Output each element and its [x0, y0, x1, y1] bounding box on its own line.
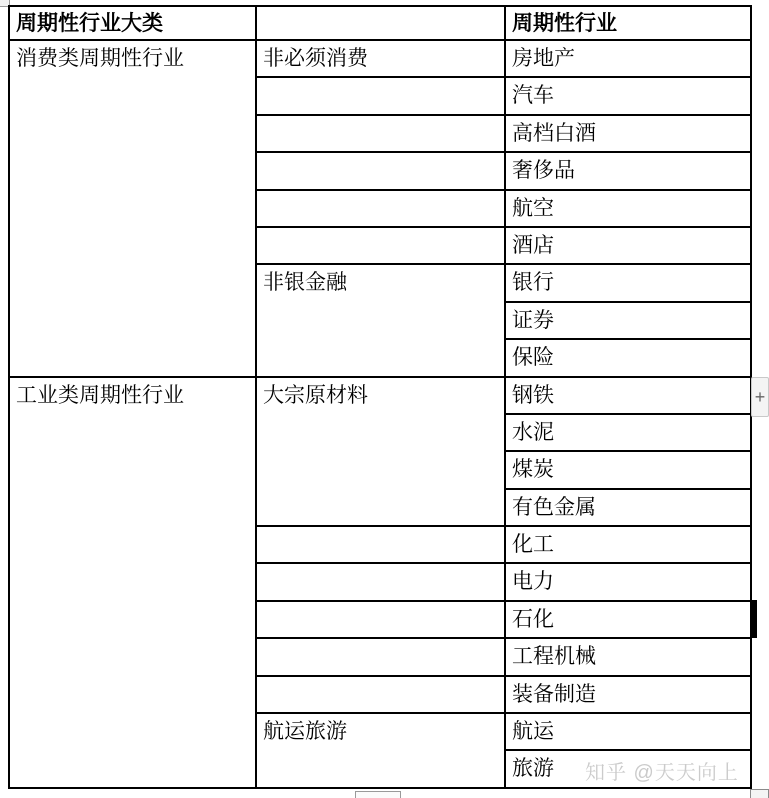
text-cursor-artifact [752, 600, 757, 638]
cell-industry-nonferrous-metals: 有色金属 [505, 489, 751, 526]
header-cell-category: 周期性行业大类 [9, 6, 256, 40]
cropped-widget-corner [750, 789, 769, 798]
cell-industry-shipping: 航运 [505, 713, 751, 750]
cell-industry-electric-power: 电力 [505, 563, 751, 600]
cell-sub-empty [256, 115, 505, 152]
zoom-in-button[interactable]: + [751, 377, 769, 417]
cell-industry-securities: 证券 [505, 302, 751, 339]
cell-industry-equipment-manufacturing: 装备制造 [505, 676, 751, 713]
table-row: 工业类周期性行业 大宗原材料 钢铁 [9, 377, 751, 414]
cell-group-industrial: 工业类周期性行业 [9, 377, 256, 788]
cell-sub-empty [256, 601, 505, 638]
cell-sub-non-bank-finance: 非银金融 [256, 264, 505, 376]
cell-industry-real-estate: 房地产 [505, 40, 751, 77]
cell-industry-bank: 银行 [505, 264, 751, 301]
cell-sub-empty [256, 526, 505, 563]
header-cell-industry: 周期性行业 [505, 6, 751, 40]
cell-sub-empty [256, 227, 505, 264]
cyclical-industries-table: 周期性行业大类 周期性行业 消费类周期性行业 非必须消费 房地产 汽车 高档白酒… [8, 5, 752, 789]
cell-sub-empty [256, 676, 505, 713]
cell-industry-aviation: 航空 [505, 190, 751, 227]
cell-sub-empty [256, 638, 505, 675]
cell-sub-empty [256, 563, 505, 600]
cell-industry-insurance: 保险 [505, 339, 751, 376]
cell-industry-automobile: 汽车 [505, 77, 751, 114]
cell-sub-empty [256, 152, 505, 189]
cropped-widget-bottom [355, 791, 401, 798]
plus-icon: + [755, 387, 766, 408]
cell-sub-shipping-tourism: 航运旅游 [256, 713, 505, 788]
cell-industry-petrochemical: 石化 [505, 601, 751, 638]
header-cell-empty [256, 6, 505, 40]
cell-sub-empty [256, 190, 505, 227]
cell-industry-construction-machinery: 工程机械 [505, 638, 751, 675]
cell-group-consumer: 消费类周期性行业 [9, 40, 256, 377]
cell-industry-hotel: 酒店 [505, 227, 751, 264]
table-row: 消费类周期性行业 非必须消费 房地产 [9, 40, 751, 77]
cell-industry-luxury-goods: 奢侈品 [505, 152, 751, 189]
cell-industry-premium-liquor: 高档白酒 [505, 115, 751, 152]
cell-industry-steel: 钢铁 [505, 377, 751, 414]
cell-industry-coal: 煤炭 [505, 451, 751, 488]
cell-industry-cement: 水泥 [505, 414, 751, 451]
watermark-text: 知乎 @天天向上 [585, 756, 739, 785]
cell-sub-empty [256, 77, 505, 114]
cell-sub-bulk-raw-materials: 大宗原材料 [256, 377, 505, 527]
cell-sub-non-essential-consumption: 非必须消费 [256, 40, 505, 77]
table-header-row: 周期性行业大类 周期性行业 [9, 6, 751, 40]
cell-industry-chemicals: 化工 [505, 526, 751, 563]
